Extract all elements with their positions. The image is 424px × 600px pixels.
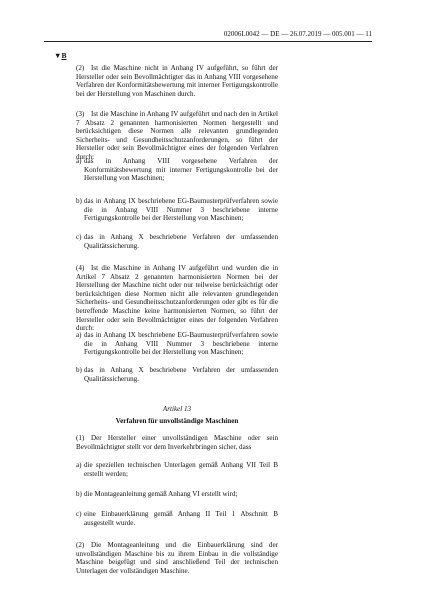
list-marker: b) (76, 366, 84, 375)
list-marker: a) (76, 157, 84, 166)
list-marker: b) (76, 197, 84, 206)
list-marker: b) (76, 490, 84, 499)
list-marker: c) (76, 233, 84, 242)
article-paragraph-2: (2)Die Montageanleitung und die Einbauer… (76, 541, 278, 575)
paragraph-text: Ist die Maschine nicht in Anhang IV aufg… (76, 64, 278, 98)
paragraph-number: (3) (76, 110, 91, 119)
list-item-4a: a)das in Anhang IX beschriebene EG-Baumu… (76, 331, 278, 357)
list-marker: a) (76, 331, 84, 340)
amendment-marker-label[interactable]: B (61, 51, 66, 60)
document-reference-header: 02006L0042 — DE — 26.07.2019 — 005.001 —… (44, 30, 372, 39)
amendment-marker: ▼B (54, 51, 66, 60)
list-item-text: das in Anhang X beschriebene Verfahren d… (84, 366, 278, 383)
paragraph-number: (2) (76, 64, 91, 73)
list-item-text: die Montageanleitung gemäß Anhang VI ers… (84, 490, 238, 498)
list-item-text: das in Anhang IX beschriebene EG-Baumust… (84, 197, 278, 222)
list-item-3b: b)das in Anhang IX beschriebene EG-Baumu… (76, 197, 278, 223)
article-paragraph-1: (1)Der Hersteller einer unvollständigen … (76, 434, 278, 451)
article-list-item-c: c)eine Einbauerklärung gemäß Anhang II T… (76, 510, 278, 527)
header-divider (44, 41, 372, 42)
paragraph-text: Ist die Maschine in Anhang IV aufgeführt… (76, 110, 278, 161)
article-list-item-a: a)die speziellen technischen Unterlagen … (76, 461, 278, 478)
list-item-3a: a)das in Anhang VIII vorgesehene Verfahr… (76, 157, 278, 183)
list-item-text: eine Einbauerklärung gemäß Anhang II Tei… (84, 510, 278, 527)
list-marker: c) (76, 510, 84, 519)
paragraph-number: (2) (76, 541, 91, 550)
list-item-text: das in Anhang X beschriebene Verfahren d… (84, 233, 278, 250)
list-item-text: das in Anhang IX beschriebene EG-Baumust… (84, 331, 278, 356)
article-number: Artikel 13 (76, 405, 278, 414)
list-item-text: die speziellen technischen Unterlagen ge… (84, 461, 278, 478)
paragraph-text: Der Hersteller einer unvollständigen Mas… (76, 434, 278, 451)
paragraph-3: (3)Ist die Maschine in Anhang IV aufgefü… (76, 110, 278, 162)
list-item-4b: b)das in Anhang X beschriebene Verfahren… (76, 366, 278, 383)
list-marker: a) (76, 461, 84, 470)
list-item-text: das in Anhang VIII vorgesehene Verfahren… (84, 157, 278, 182)
paragraph-number: (1) (76, 434, 91, 443)
paragraph-4: (4)Ist die Maschine in Anhang IV aufgefü… (76, 264, 278, 333)
paragraph-number: (4) (76, 264, 91, 273)
article-list-item-b: b)die Montageanleitung gemäß Anhang VI e… (76, 490, 278, 499)
article-title: Verfahren für unvollständige Maschinen (76, 417, 278, 426)
paragraph-2: (2)Ist die Maschine nicht in Anhang IV a… (76, 64, 278, 98)
paragraph-text: Ist die Maschine in Anhang IV aufgeführt… (76, 264, 278, 332)
paragraph-text: Die Montageanleitung und die Einbauerklä… (76, 541, 278, 575)
list-item-3c: c)das in Anhang X beschriebene Verfahren… (76, 233, 278, 250)
